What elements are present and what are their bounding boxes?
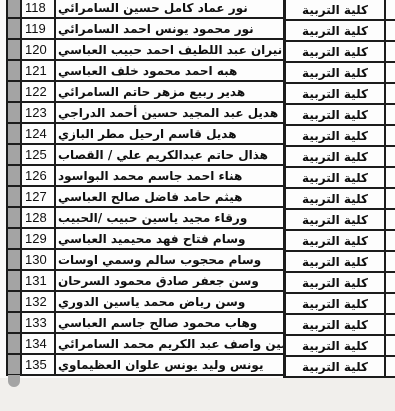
row-edge-stub [8, 208, 22, 227]
college-cell: كلية التربية [286, 357, 386, 376]
row-number-cell: 133 [22, 313, 56, 332]
student-name-cell: نور محمود يونس احمد السامرائي [56, 19, 285, 38]
college-cell: كلية التربية [286, 42, 386, 61]
cropped-edge-cell [386, 42, 395, 61]
row-number-cell: 130 [22, 250, 56, 269]
student-name-cell: وسن رياض محمد ياسين الدوري [56, 292, 285, 311]
table-row: كلية التربية [286, 63, 395, 84]
student-name-cell: ياسمين واصف عبد الكريم محمد السامرائي [56, 334, 285, 353]
row-number-cell: 121 [22, 61, 56, 80]
table-row: 127هيثم حامد فاضل صالح العباسي [8, 187, 285, 208]
table-row: كلية التربية [286, 357, 395, 378]
cropped-edge-cell [386, 315, 395, 334]
cropped-edge-cell [386, 336, 395, 355]
row-number-cell: 124 [22, 124, 56, 143]
student-name-cell: يونس وليد يونس علوان العظيماوي [56, 355, 285, 374]
college-cell: كلية التربية [286, 21, 386, 40]
cropped-edge-cell [386, 273, 395, 292]
document-page: 118نور عماد كامل حسين السامرائي119نور مح… [0, 0, 395, 411]
college-cell: كلية التربية [286, 231, 386, 250]
student-name-cell: هبه احمد محمود خلف العباسي [56, 61, 285, 80]
row-number-cell: 122 [22, 82, 56, 101]
cropped-edge-cell [386, 0, 395, 19]
student-name-cell: وهاب محمود صالح جاسم العباسي [56, 313, 285, 332]
cropped-edge-cell [386, 189, 395, 208]
cropped-edge-cell [386, 84, 395, 103]
college-cell: كلية التربية [286, 63, 386, 82]
row-edge-stub [8, 0, 22, 17]
student-name-cell: نيران عبد اللطيف احمد حبيب العباسي [56, 40, 285, 59]
row-number-cell: 119 [22, 19, 56, 38]
row-number-cell: 120 [22, 40, 56, 59]
cropped-edge-cell [386, 357, 395, 376]
college-cell: كلية التربية [286, 105, 386, 124]
college-cell: كلية التربية [286, 273, 386, 292]
table-row: 124هديل قاسم ارحيل مطر البازي [8, 124, 285, 145]
table-row: 118نور عماد كامل حسين السامرائي [8, 0, 285, 19]
row-number-cell: 134 [22, 334, 56, 353]
row-edge-stub [8, 145, 22, 164]
row-edge-stub [8, 19, 22, 38]
table-row: 134ياسمين واصف عبد الكريم محمد السامرائي [8, 334, 285, 355]
table-row: 123هديل عبد المجيد حسين أحمد الدراجي [8, 103, 285, 124]
table-row: كلية التربية [286, 147, 395, 168]
roster-table-right: كلية التربيةكلية التربيةكلية التربيةكلية… [283, 0, 395, 378]
student-name-cell: وسن جعفر صادق محمود السرحان [56, 271, 285, 290]
row-edge-stub [8, 124, 22, 143]
cropped-edge-cell [386, 231, 395, 250]
page-background-lower [0, 378, 395, 411]
cropped-edge-cell [386, 210, 395, 229]
college-cell: كلية التربية [286, 210, 386, 229]
table-row: 120نيران عبد اللطيف احمد حبيب العباسي [8, 40, 285, 61]
cropped-edge-cell [386, 168, 395, 187]
row-number-cell: 123 [22, 103, 56, 122]
row-number-cell: 135 [22, 355, 56, 374]
table-row: 133وهاب محمود صالح جاسم العباسي [8, 313, 285, 334]
table-row: كلية التربية [286, 84, 395, 105]
row-number-cell: 126 [22, 166, 56, 185]
row-edge-stub [8, 271, 22, 290]
table-row: 130وسام محجوب سالم وسمي اوسات [8, 250, 285, 271]
college-cell: كلية التربية [286, 84, 386, 103]
student-name-cell: هيثم حامد فاضل صالح العباسي [56, 187, 285, 206]
row-edge-stub [8, 40, 22, 59]
cropped-edge-cell [386, 63, 395, 82]
student-name-cell: هذال حاتم عبدالكريم علي / القصاب [56, 145, 285, 164]
table-row: كلية التربية [286, 105, 395, 126]
college-cell: كلية التربية [286, 189, 386, 208]
row-number-cell: 132 [22, 292, 56, 311]
college-cell: كلية التربية [286, 147, 386, 166]
table-row: 122هدير ربيع مزهر حاتم السامرائي [8, 82, 285, 103]
row-number-cell: 125 [22, 145, 56, 164]
cropped-edge-cell [386, 105, 395, 124]
table-row: كلية التربية [286, 273, 395, 294]
table-row: كلية التربية [286, 189, 395, 210]
stub-column-rounded-cap [8, 375, 20, 387]
row-number-cell: 128 [22, 208, 56, 227]
student-name-cell: هديل عبد المجيد حسين أحمد الدراجي [56, 103, 285, 122]
table-row: 125هذال حاتم عبدالكريم علي / القصاب [8, 145, 285, 166]
roster-table-left: 118نور عماد كامل حسين السامرائي119نور مح… [6, 0, 285, 376]
table-row: 129وسام فتاح فهد محيميد العباسي [8, 229, 285, 250]
table-row: 135يونس وليد يونس علوان العظيماوي [8, 355, 285, 376]
table-row: كلية التربية [286, 21, 395, 42]
table-row: 121هبه احمد محمود خلف العباسي [8, 61, 285, 82]
row-edge-stub [8, 292, 22, 311]
table-row: كلية التربية [286, 0, 395, 21]
student-name-cell: وسام محجوب سالم وسمي اوسات [56, 250, 285, 269]
row-edge-stub [8, 103, 22, 122]
table-row: كلية التربية [286, 231, 395, 252]
college-cell: كلية التربية [286, 336, 386, 355]
cropped-edge-cell [386, 252, 395, 271]
table-row: 126هناء احمد جاسم محمد البواسود [8, 166, 285, 187]
row-edge-stub [8, 229, 22, 248]
cropped-edge-cell [386, 294, 395, 313]
student-name-cell: هناء احمد جاسم محمد البواسود [56, 166, 285, 185]
row-edge-stub [8, 250, 22, 269]
college-cell: كلية التربية [286, 126, 386, 145]
table-row: 128ورقاء مجيد ياسين حبيب /الحبيب [8, 208, 285, 229]
table-row: كلية التربية [286, 315, 395, 336]
row-edge-stub [8, 187, 22, 206]
student-name-cell: نور عماد كامل حسين السامرائي [56, 0, 285, 17]
row-edge-stub [8, 355, 22, 374]
table-row: كلية التربية [286, 42, 395, 63]
cropped-edge-cell [386, 21, 395, 40]
row-number-cell: 118 [22, 0, 56, 17]
cropped-edge-cell [386, 126, 395, 145]
student-name-cell: وسام فتاح فهد محيميد العباسي [56, 229, 285, 248]
college-cell: كلية التربية [286, 168, 386, 187]
row-edge-stub [8, 82, 22, 101]
table-row: 131وسن جعفر صادق محمود السرحان [8, 271, 285, 292]
row-number-cell: 131 [22, 271, 56, 290]
student-name-cell: هدير ربيع مزهر حاتم السامرائي [56, 82, 285, 101]
college-cell: كلية التربية [286, 315, 386, 334]
table-row: كلية التربية [286, 168, 395, 189]
cropped-edge-cell [386, 147, 395, 166]
row-edge-stub [8, 313, 22, 332]
table-row: كلية التربية [286, 294, 395, 315]
student-name-cell: هديل قاسم ارحيل مطر البازي [56, 124, 285, 143]
college-cell: كلية التربية [286, 252, 386, 271]
college-cell: كلية التربية [286, 0, 386, 19]
row-edge-stub [8, 334, 22, 353]
table-row: كلية التربية [286, 126, 395, 147]
row-edge-stub [8, 61, 22, 80]
table-row: كلية التربية [286, 336, 395, 357]
row-edge-stub [8, 166, 22, 185]
student-name-cell: ورقاء مجيد ياسين حبيب /الحبيب [56, 208, 285, 227]
row-number-cell: 129 [22, 229, 56, 248]
table-row: 132وسن رياض محمد ياسين الدوري [8, 292, 285, 313]
table-row: كلية التربية [286, 210, 395, 231]
table-row: كلية التربية [286, 252, 395, 273]
college-cell: كلية التربية [286, 294, 386, 313]
table-row: 119نور محمود يونس احمد السامرائي [8, 19, 285, 40]
row-number-cell: 127 [22, 187, 56, 206]
